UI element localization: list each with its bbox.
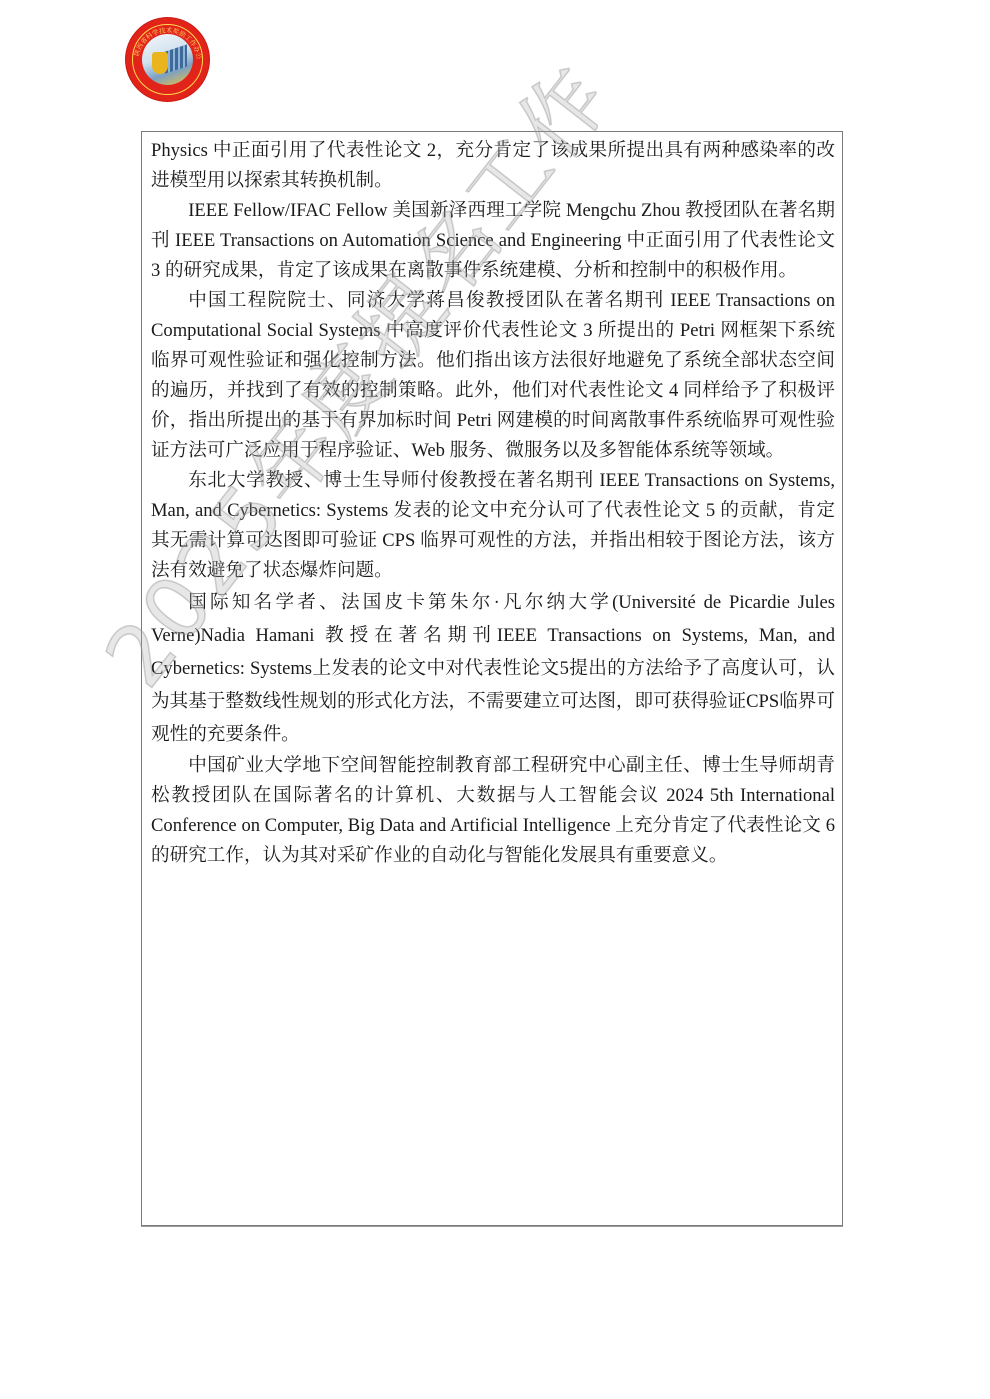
paragraph-5: 国际知名学者、法国皮卡第朱尔·凡尔纳大学(Université de Picar…	[151, 586, 835, 751]
svg-text:陕西省科学技术奖励工作办公室: 陕西省科学技术奖励工作办公室	[126, 18, 203, 60]
paragraph-4: 东北大学教授、博士生导师付俊教授在著名期刊 IEEE Transactions …	[151, 466, 835, 586]
paragraph-6: 中国矿业大学地下空间智能控制教育部工程研究中心副主任、博士生导师胡青松教授团队在…	[151, 751, 835, 871]
paragraph-2: IEEE Fellow/IFAC Fellow 美国新泽西理工学院 Mengch…	[151, 196, 835, 286]
seal-logo: 陕西省科学技术奖励工作办公室	[126, 18, 209, 101]
paragraph-3: 中国工程院院士、同济大学蒋昌俊教授团队在著名期刊 IEEE Transactio…	[151, 286, 835, 466]
document-body: Physics 中正面引用了代表性论文 2，充分肯定了该成果所提出具有两种感染率…	[151, 136, 835, 871]
seal-ring-text: 陕西省科学技术奖励工作办公室	[126, 18, 209, 101]
paragraph-1: Physics 中正面引用了代表性论文 2，充分肯定了该成果所提出具有两种感染率…	[151, 136, 835, 196]
